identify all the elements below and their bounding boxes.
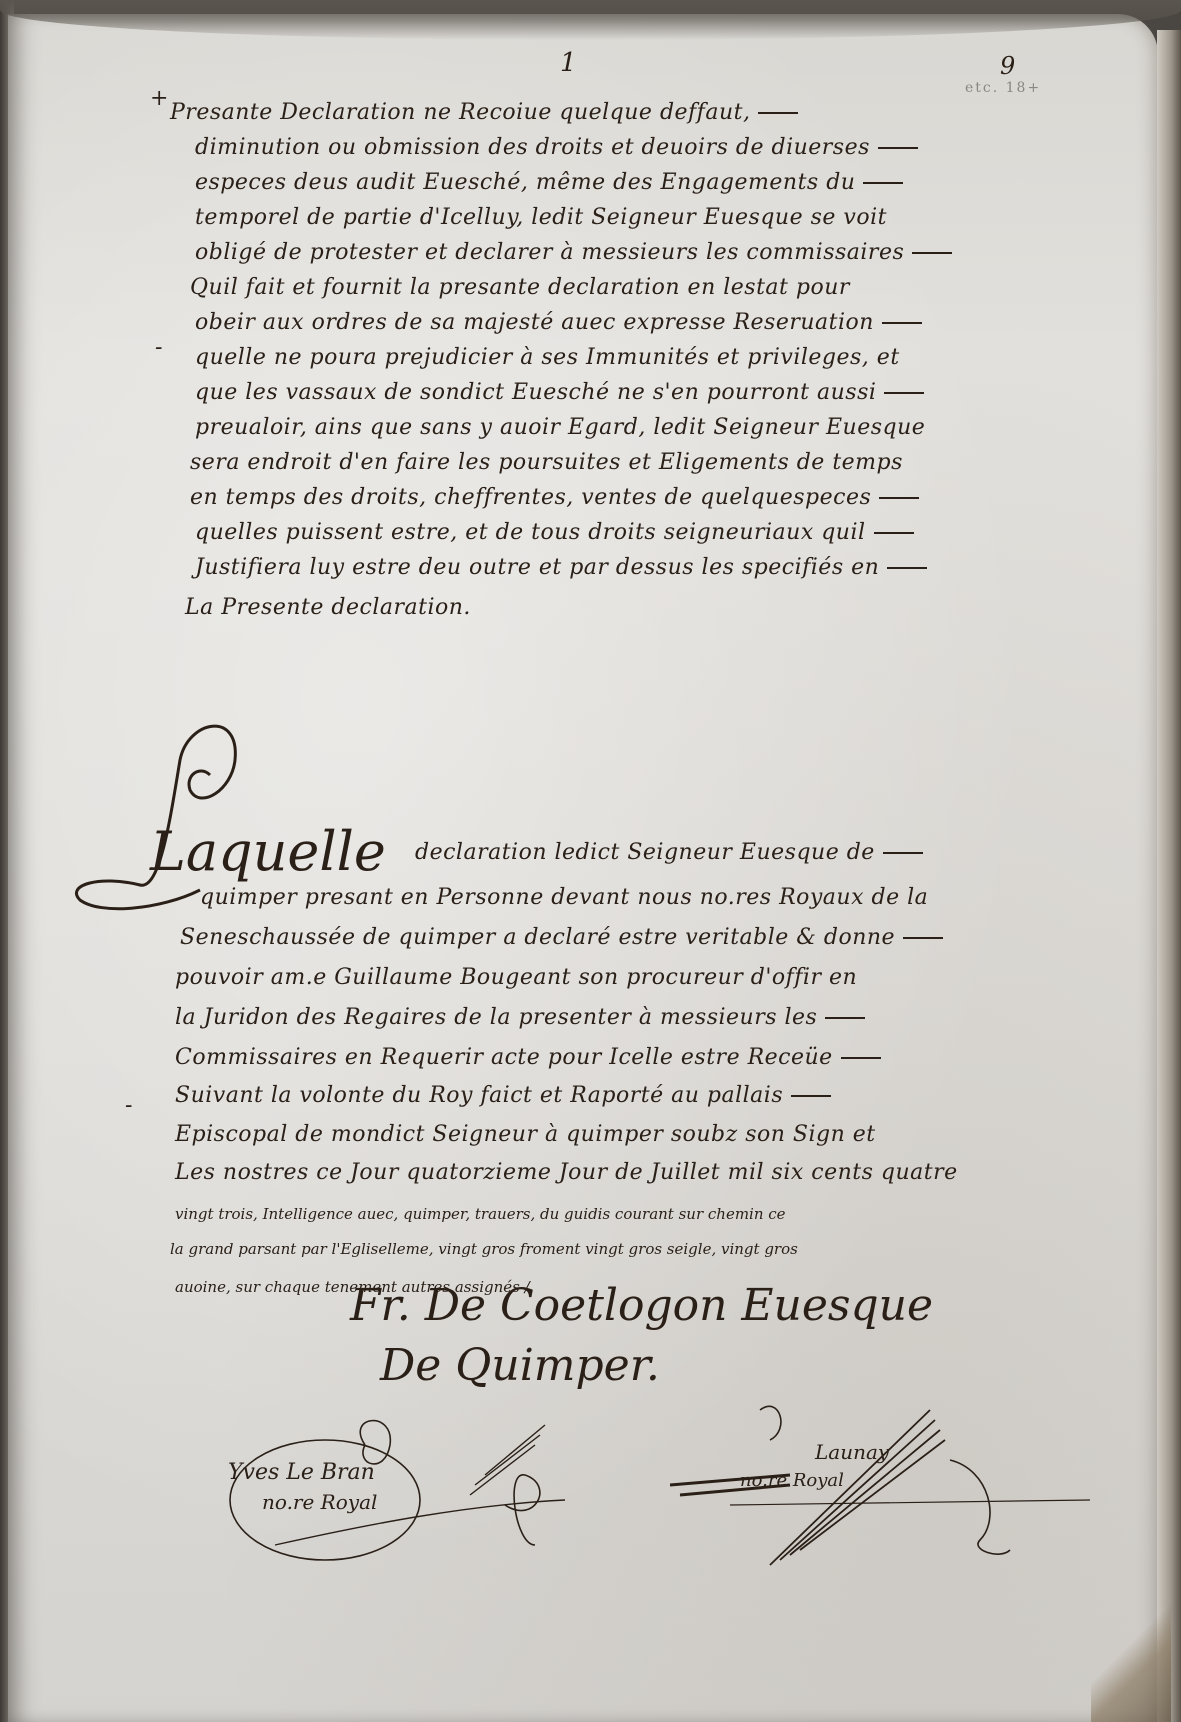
text-line: especes deus audit Euesché, même des Eng…	[195, 170, 903, 195]
margin-dash-mark: -	[155, 335, 162, 360]
page-edge-right	[1157, 30, 1181, 1722]
text-line: obeir aux ordres de sa majesté auec expr…	[195, 310, 922, 335]
text-line: Presante Declaration ne Recoiue quelque …	[170, 100, 798, 125]
text-line: declaration ledict Seigneur Euesque de	[415, 840, 923, 865]
signature-flourish-right	[670, 1400, 1110, 1580]
text-line: quelle ne poura prejudicier à ses Immuni…	[195, 345, 900, 370]
text-line-small: la grand parsant par l'Egliselleme, ving…	[170, 1240, 798, 1258]
signature-right-line2: no.re Royal	[740, 1470, 844, 1491]
folio-number: 9	[1000, 52, 1015, 80]
text-line: quelles puissent estre, et de tous droit…	[195, 520, 914, 545]
text-line: Quil fait et fournit la presante declara…	[190, 275, 850, 300]
text-line-small: vingt trois, Intelligence auec, quimper,…	[175, 1205, 786, 1223]
text-line: La Presente declaration.	[185, 595, 471, 620]
text-line: la Juridon des Regaires de la presenter …	[175, 1005, 865, 1030]
text-line: pouvoir am.e Guillaume Bougeant son proc…	[175, 965, 857, 990]
text-line: Commissaires en Requerir acte pour Icell…	[175, 1045, 881, 1070]
folio-faint-number: etc. 18+	[965, 80, 1041, 96]
text-line: Suivant la volonte du Roy faict et Rapor…	[175, 1083, 831, 1108]
text-line: Les nostres ce Jour quatorzieme Jour de …	[175, 1160, 958, 1185]
signature-bishop-line1: Fr. De Coetlogon Euesque	[350, 1280, 933, 1331]
worn-corner	[1091, 1602, 1171, 1722]
text-line: diminution ou obmission des droits et de…	[195, 135, 918, 160]
text-line: sera endroit d'en faire les poursuites e…	[190, 450, 903, 475]
text-line: Justifiera luy estre deu outre et par de…	[195, 555, 927, 580]
text-line: en temps des droits, cheffrentes, ventes…	[190, 485, 919, 510]
text-line: Episcopal de mondict Seigneur à quimper …	[175, 1122, 876, 1147]
text-line: que les vassaux de sondict Euesché ne s'…	[195, 380, 924, 405]
text-line: temporel de partie d'Icelluy, ledit Seig…	[195, 205, 887, 230]
signature-left-line2: no.re Royal	[262, 1490, 377, 1514]
margin-cross-mark: +	[150, 86, 168, 111]
text-line: obligé de protester et declarer à messie…	[195, 240, 952, 265]
initial-word: Laquelle	[150, 820, 386, 883]
margin-dash-mark-2: -	[125, 1093, 132, 1118]
folio-center-mark: 1	[560, 48, 577, 78]
signature-left-line1: Yves Le Bran	[228, 1460, 375, 1485]
signature-bishop-line2: De Quimper.	[380, 1340, 660, 1391]
signature-right-line1: Launay	[815, 1440, 889, 1464]
text-line: quimper presant en Personne devant nous …	[200, 885, 928, 910]
text-line: preualoir, ains que sans y auoir Egard, …	[195, 415, 925, 440]
text-line: Seneschaussée de quimper a declaré estre…	[180, 925, 943, 950]
